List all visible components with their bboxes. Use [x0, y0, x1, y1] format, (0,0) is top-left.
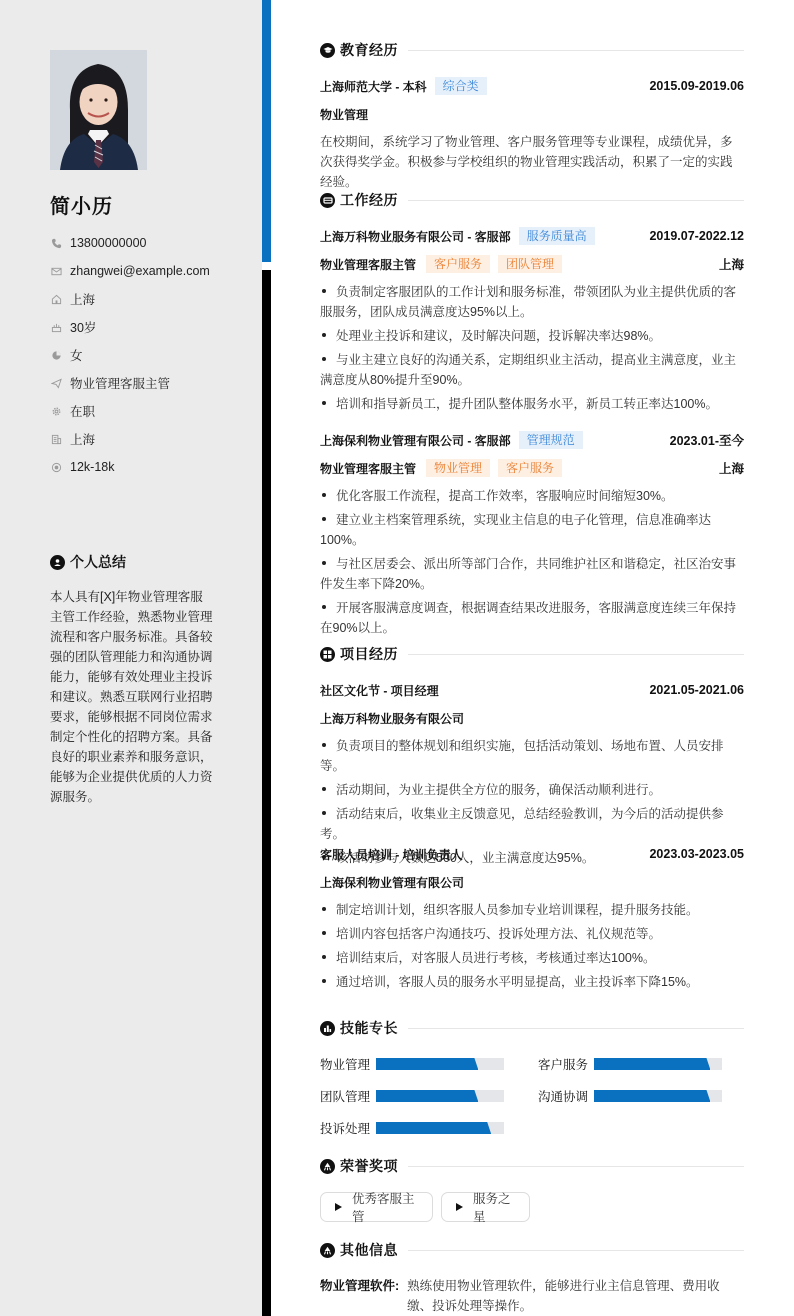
- briefcase-icon: [320, 193, 335, 208]
- bullet-item: 开展客服满意度调查，根据调查结果改进服务，客服满意度连续三年保持在90%以上。: [320, 598, 744, 638]
- skill-bar-fill: [594, 1090, 710, 1102]
- section-divider: [408, 654, 744, 655]
- section-work: 工作经历: [320, 190, 744, 210]
- bullet-item: 活动结束后，收集业主反馈意见，总结经验教训，为今后的活动提供参考。: [320, 804, 744, 844]
- award-label: 服务之星: [473, 1189, 515, 1225]
- education-period: 2015.09-2019.06: [649, 79, 744, 93]
- candidate-name: 简小历: [50, 190, 113, 219]
- projects-title: 项目经历: [340, 644, 398, 664]
- bullet-item: 制定培训计划，组织客服人员参加专业培训课程，提升服务技能。: [320, 900, 744, 920]
- bullet-item: 负责制定客服团队的工作计划和服务标准，带领团队为业主提供优质的客服服务，团队成员…: [320, 282, 744, 322]
- phone-value: 13800000000: [70, 236, 146, 250]
- bullet-item: 活动期间，为业主提供全方位的服务，确保活动顺利进行。: [320, 780, 744, 800]
- education-title: 教育经历: [340, 40, 398, 60]
- skill-bar: [376, 1122, 504, 1134]
- divider-bar: [262, 270, 271, 1316]
- work-title: 工作经历: [340, 190, 398, 210]
- work-location: 上海: [719, 255, 744, 273]
- project-company-row-2: 上海保利物业管理有限公司: [320, 872, 744, 892]
- summary-text: 本人具有[X]年物业管理客服主管工作经验，熟悉物业管理流程和客户服务标准。具备较…: [50, 587, 214, 807]
- company-name: 上海万科物业服务有限公司 - 客服部: [320, 228, 511, 245]
- age-value: 30岁: [70, 318, 96, 336]
- email-value: zhangwei@example.com: [70, 264, 210, 278]
- info-city: 上海: [50, 425, 250, 453]
- project-header-2: 客服人员培训 - 培训负责人 2023.03-2023.05: [320, 844, 744, 864]
- info-age: 30岁: [50, 313, 250, 341]
- school-tag: 综合类: [435, 77, 487, 95]
- skill-bar: [376, 1058, 504, 1070]
- section-skills: 技能专长: [320, 1018, 744, 1038]
- skill-bar: [594, 1090, 722, 1102]
- work-header-1: 上海万科物业服务有限公司 - 客服部 服务质量高 2019.07-2022.12: [320, 226, 744, 246]
- skill-name: 客户服务: [538, 1055, 594, 1073]
- section-awards: 荣誉奖项: [320, 1156, 744, 1176]
- section-projects: 项目经历: [320, 644, 744, 664]
- education-description: 在校期间，系统学习了物业管理、客户服务管理等专业课程，成绩优异，多次获得奖学金。…: [320, 132, 744, 192]
- project-company: 上海保利物业管理有限公司: [320, 874, 464, 891]
- work-location: 上海: [719, 459, 744, 477]
- skill-bar-fill: [376, 1090, 478, 1102]
- location-value: 上海: [70, 290, 95, 308]
- contact-info-list: 13800000000 zhangwei@example.com 上海 30岁 …: [50, 229, 250, 481]
- bullet-item: 与业主建立良好的沟通关系，定期组织业主活动，提高业主满意度，业主满意度从80%提…: [320, 350, 744, 390]
- play-icon: [456, 1203, 463, 1211]
- award-icon: [320, 1243, 335, 1258]
- work-position-row-1: 物业管理客服主管 客户服务 团队管理 上海: [320, 254, 744, 274]
- info-salary: 12k-18k: [50, 453, 250, 481]
- send-icon: [50, 377, 62, 389]
- cake-icon: [50, 321, 62, 333]
- skill-bar-fill: [594, 1058, 710, 1070]
- skill-item: 投诉处理: [320, 1120, 504, 1136]
- bullet-item: 培训和指导新员工，提升团队整体服务水平，新员工转正率达100%。: [320, 394, 744, 414]
- other-info-value: 熟练使用物业管理软件，能够进行业主信息管理、费用收缴、投诉处理等操作。: [407, 1276, 744, 1316]
- awards-title: 荣誉奖项: [340, 1156, 398, 1176]
- bullet-item: 培训内容包括客户沟通技巧、投诉处理方法、礼仪规范等。: [320, 924, 744, 944]
- info-status: 在职: [50, 397, 250, 425]
- info-location: 上海: [50, 285, 250, 313]
- info-gender: 女: [50, 341, 250, 369]
- project-company: 上海万科物业服务有限公司: [320, 710, 464, 727]
- city-value: 上海: [70, 430, 95, 448]
- bullet-item: 培训结束后，对客服人员进行考核，考核通过率达100%。: [320, 948, 744, 968]
- play-icon: [335, 1203, 342, 1211]
- skill-tag: 团队管理: [498, 255, 562, 273]
- work-period: 2019.07-2022.12: [649, 229, 744, 243]
- skill-name: 团队管理: [320, 1087, 376, 1105]
- info-email: zhangwei@example.com: [50, 257, 250, 285]
- phone-icon: [50, 237, 62, 249]
- accent-bar-gap: [262, 262, 271, 270]
- skill-item: 团队管理: [320, 1088, 504, 1104]
- project-company-row-1: 上海万科物业服务有限公司: [320, 708, 744, 728]
- skill-bar-fill: [376, 1058, 478, 1070]
- work-period: 2023.01-至今: [670, 431, 744, 449]
- work-header-2: 上海保利物业管理有限公司 - 客服部 管理规范 2023.01-至今: [320, 430, 744, 450]
- section-education: 教育经历: [320, 40, 744, 60]
- mail-icon: [50, 265, 62, 277]
- user-icon: [50, 555, 65, 570]
- project-header-1: 社区文化节 - 项目经理 2021.05-2021.06: [320, 680, 744, 700]
- skill-tag: 物业管理: [426, 459, 490, 477]
- skill-item: 客户服务: [538, 1056, 722, 1072]
- work-position-row-2: 物业管理客服主管 物业管理 客户服务 上海: [320, 458, 744, 478]
- bullet-item: 负责项目的整体规划和组织实施，包括活动策划、场地布置、人员安排等。: [320, 736, 744, 776]
- work-bullets-1: 负责制定客服团队的工作计划和服务标准，带领团队为业主提供优质的客服服务，团队成员…: [320, 282, 744, 418]
- other-info-key: 物业管理软件:: [320, 1276, 399, 1316]
- job-position: 物业管理客服主管: [320, 460, 416, 477]
- status-value: 在职: [70, 402, 95, 420]
- skill-name: 沟通协调: [538, 1087, 594, 1105]
- award-chip: 服务之星: [441, 1192, 530, 1222]
- section-divider: [408, 200, 744, 201]
- other-info-item: 物业管理软件: 熟练使用物业管理软件，能够进行业主信息管理、费用收缴、投诉处理等…: [320, 1276, 744, 1316]
- bullet-item: 建立业主档案管理系统，实现业主信息的电子化管理，信息准确率达100%。: [320, 510, 744, 550]
- salary-value: 12k-18k: [70, 460, 114, 474]
- section-other: 其他信息: [320, 1240, 744, 1260]
- award-label: 优秀客服主管: [352, 1189, 418, 1225]
- skill-bar: [376, 1090, 504, 1102]
- education-header: 上海师范大学 - 本科 综合类 2015.09-2019.06: [320, 76, 744, 96]
- skill-tag: 客户服务: [498, 459, 562, 477]
- position-value: 物业管理客服主管: [70, 374, 170, 392]
- skill-bar-fill: [376, 1122, 491, 1134]
- award-chip: 优秀客服主管: [320, 1192, 433, 1222]
- school-name: 上海师范大学 - 本科: [320, 78, 427, 95]
- info-phone: 13800000000: [50, 229, 250, 257]
- graduation-cap-icon: [320, 43, 335, 58]
- project-name: 客服人员培训 - 培训负责人: [320, 846, 463, 863]
- accent-bar: [262, 0, 271, 262]
- bar-chart-icon: [320, 1021, 335, 1036]
- section-divider: [408, 50, 744, 51]
- major: 物业管理: [320, 106, 368, 123]
- grid-icon: [320, 647, 335, 662]
- section-divider: [408, 1250, 744, 1251]
- section-divider: [408, 1166, 744, 1167]
- company-tag: 管理规范: [519, 431, 583, 449]
- skill-name: 物业管理: [320, 1055, 376, 1073]
- coin-icon: [50, 461, 62, 473]
- company-tag: 服务质量高: [519, 227, 595, 245]
- section-divider: [408, 1028, 744, 1029]
- summary-title: 个人总结: [70, 552, 126, 572]
- home-icon: [50, 293, 62, 305]
- bullet-item: 与社区居委会、派出所等部门合作，共同维护社区和谐稳定，社区治安事件发生率下降20…: [320, 554, 744, 594]
- project-period: 2021.05-2021.06: [649, 683, 744, 697]
- other-title: 其他信息: [340, 1240, 398, 1260]
- gender-value: 女: [70, 346, 83, 364]
- skill-item: 沟通协调: [538, 1088, 722, 1104]
- avatar-photo: [50, 50, 147, 170]
- skill-bar: [594, 1058, 722, 1070]
- building-icon: [50, 433, 62, 445]
- skills-title: 技能专长: [340, 1018, 398, 1038]
- info-position: 物业管理客服主管: [50, 369, 250, 397]
- project-bullets-2: 制定培训计划，组织客服人员参加专业培训课程，提升服务技能。 培训内容包括客户沟通…: [320, 900, 744, 996]
- skill-name: 投诉处理: [320, 1119, 376, 1137]
- gender-icon: [50, 349, 62, 361]
- skill-tag: 客户服务: [426, 255, 490, 273]
- work-bullets-2: 优化客服工作流程，提高工作效率，客服响应时间缩短30%。 建立业主档案管理系统，…: [320, 486, 744, 642]
- bullet-item: 优化客服工作流程，提高工作效率，客服响应时间缩短30%。: [320, 486, 744, 506]
- company-name: 上海保利物业管理有限公司 - 客服部: [320, 432, 511, 449]
- gear-icon: [50, 405, 62, 417]
- award-icon: [320, 1159, 335, 1174]
- job-position: 物业管理客服主管: [320, 256, 416, 273]
- summary-heading: 个人总结: [50, 552, 126, 572]
- bullet-item: 处理业主投诉和建议，及时解决问题，投诉解决率达98%。: [320, 326, 744, 346]
- project-name: 社区文化节 - 项目经理: [320, 682, 439, 699]
- project-period: 2023.03-2023.05: [649, 847, 744, 861]
- bullet-item: 通过培训，客服人员的服务水平明显提高，业主投诉率下降15%。: [320, 972, 744, 992]
- skill-item: 物业管理: [320, 1056, 504, 1072]
- education-major-row: 物业管理: [320, 104, 744, 124]
